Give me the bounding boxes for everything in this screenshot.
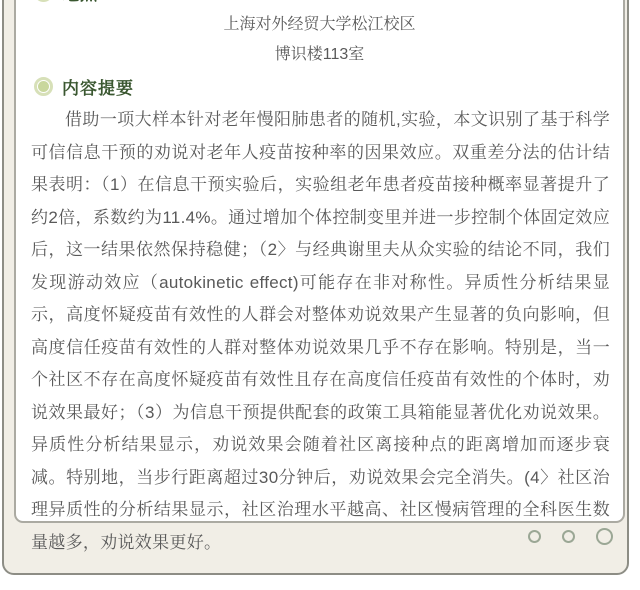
section-header-location: 地点 [34,0,623,4]
outer-card: 地点 上海对外经贸大学松江校区 博识楼113室 内容提要 借助一项大样本针对老年… [2,0,629,575]
abstract-paragraph: 借助一项大样本针对老年慢阳肺患者的随机,实验，本文识别了基于科学可信信息干预的劝… [31,104,610,559]
section-header-abstract: 内容提要 [34,74,623,98]
bullet-icon [34,77,53,96]
location-line-room: 博识楼113室 [16,40,623,70]
abstract-heading: 内容提要 [62,74,134,99]
footer-decoration [14,523,625,549]
location-line-campus: 上海对外经贸大学松江校区 [16,10,623,40]
location-block: 上海对外经贸大学松江校区 博识楼113室 [16,10,623,70]
location-heading: 地点 [62,0,98,5]
bullet-dot-icon [38,81,49,92]
decor-circle-icon [562,530,575,543]
content-panel: 地点 上海对外经贸大学松江校区 博识楼113室 内容提要 借助一项大样本针对老年… [14,0,625,523]
bullet-icon [34,0,53,2]
page: 地点 上海对外经贸大学松江校区 博识楼113室 内容提要 借助一项大样本针对老年… [0,0,640,590]
decor-circle-icon [596,528,613,545]
decor-circle-icon [528,530,541,543]
